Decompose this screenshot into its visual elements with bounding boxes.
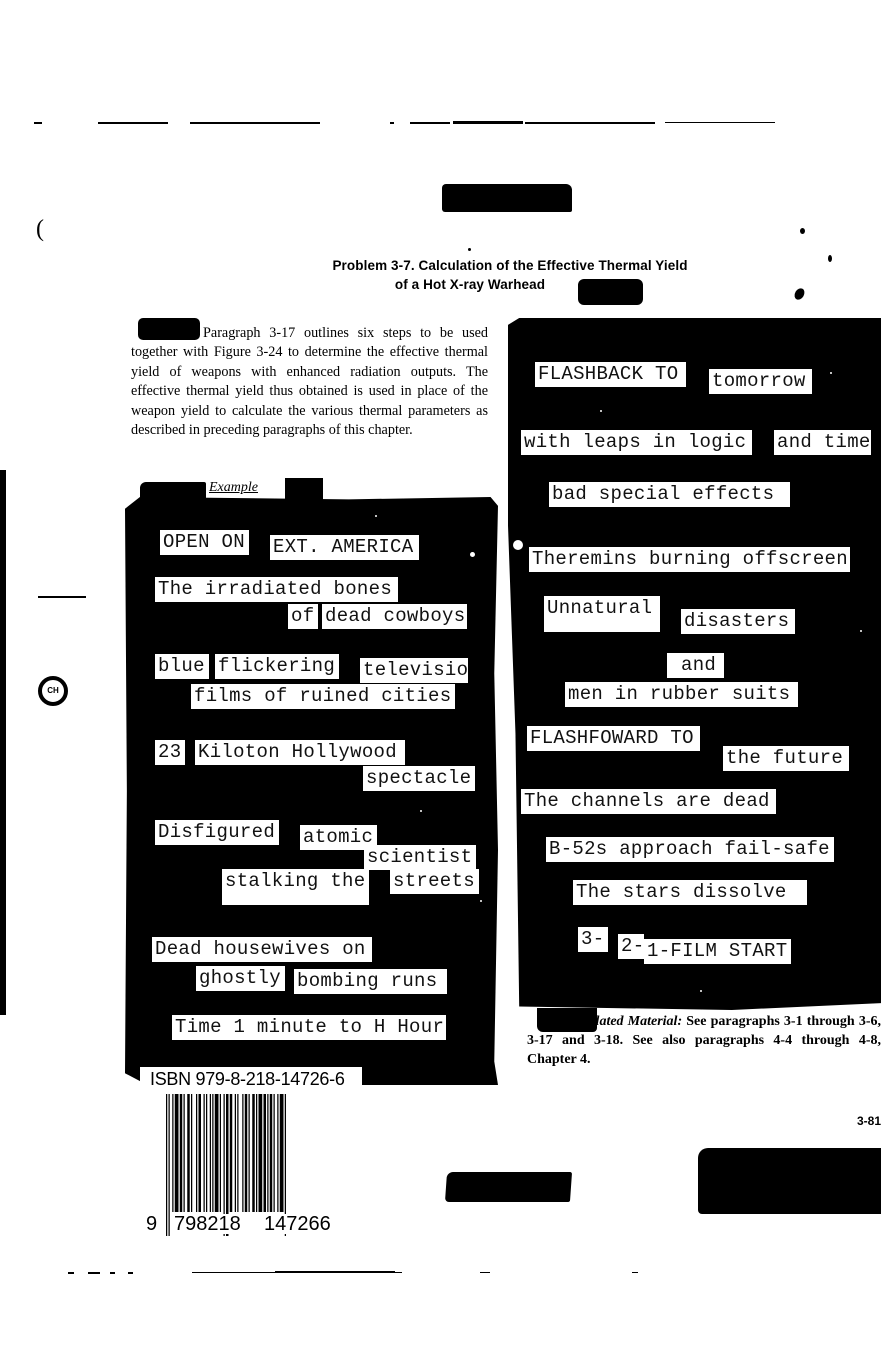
collage-strip: bad special effects	[549, 482, 790, 507]
barcode-digit-first: 9	[146, 1214, 157, 1234]
collage-strip: B-52s approach fail-safe	[546, 837, 834, 862]
collage-strip: bombing runs	[294, 969, 447, 994]
margin-dash	[38, 596, 86, 598]
barcode-digits-left: 798218	[173, 1214, 242, 1234]
collage-strip: EXT. AMERICA	[270, 535, 419, 560]
collage-strip: disasters	[681, 609, 795, 634]
collage-strip: 3-	[578, 927, 608, 952]
collage-strip: the future	[723, 746, 849, 771]
collage-strip: Disfigured	[155, 820, 279, 845]
speck	[830, 372, 832, 374]
example-label: Example	[209, 480, 258, 496]
speck	[470, 552, 475, 557]
collage-strip: 23	[155, 740, 185, 765]
redaction-example-right	[285, 478, 323, 502]
collage-strip: FLASHBACK TO	[535, 362, 686, 387]
redaction-top	[442, 184, 572, 212]
page-number: 3-81	[857, 1114, 881, 1128]
collage-strip: streets	[390, 869, 479, 894]
redaction-bottom-right	[698, 1148, 881, 1214]
collage-strip: scientist	[364, 845, 476, 870]
collage-strip: 2-	[618, 934, 644, 959]
binding-edge	[0, 470, 6, 1015]
collage-strip: ghostly	[196, 966, 285, 991]
speck	[860, 630, 862, 632]
margin-paren: (	[36, 216, 44, 243]
collage-strip: with leaps in logic	[521, 430, 752, 455]
collage-strip: 1-FILM START	[644, 939, 791, 964]
collage-strip: Dead housewives on	[152, 937, 372, 962]
collage-strip: televisio	[360, 658, 468, 683]
collage-strip: films of ruined cities	[191, 684, 455, 709]
speck	[375, 515, 377, 517]
speck	[600, 410, 602, 412]
collage-strip: Unnatural	[544, 596, 660, 632]
collage-strip: OPEN ON	[160, 530, 249, 555]
speck	[828, 255, 832, 262]
barcode-digits-right: 147266	[263, 1214, 332, 1234]
speck	[420, 810, 422, 812]
related-material: Related Material: See paragraphs 3-1 thr…	[527, 1012, 881, 1069]
collage-strip: Theremins burning offscreen	[529, 547, 850, 572]
collage-strip: and time	[774, 430, 871, 455]
problem-title-line1: Problem 3-7. Calculation of the Effectiv…	[270, 258, 750, 273]
speck	[468, 248, 471, 251]
collage-strip: blue	[155, 654, 209, 679]
isbn-label: ISBN 979-8-218-14726-6	[150, 1069, 345, 1090]
collage-strip: The channels are dead	[521, 789, 776, 814]
margin-stamp: CH	[38, 676, 68, 706]
collage-strip: The irradiated bones	[155, 577, 398, 602]
speck	[700, 990, 702, 992]
collage-strip: of	[288, 604, 318, 629]
speck	[793, 287, 807, 302]
collage-strip: stalking the	[222, 869, 369, 905]
collage-strip: dead cowboys	[322, 604, 467, 629]
redaction-bottom-center	[445, 1172, 572, 1202]
collage-strip: men in rubber suits	[565, 682, 798, 707]
collage-strip: and	[667, 653, 724, 678]
speck	[513, 540, 523, 550]
related-material-label: Related Material:	[580, 1014, 682, 1029]
collage-strip: Kiloton Hollywood	[195, 740, 405, 765]
redaction-title	[578, 279, 643, 305]
collage-strip: tomorrow	[709, 369, 812, 394]
collage-strip: Time 1 minute to H Hour	[172, 1015, 446, 1040]
collage-strip: FLASHFOWARD TO	[527, 726, 700, 751]
collage-strip: flickering	[215, 654, 339, 679]
collage-strip: spectacle	[363, 766, 475, 791]
speck	[800, 228, 805, 234]
speck	[480, 900, 482, 902]
collage-strip: The stars dissolve	[573, 880, 807, 905]
intro-paragraph: Paragraph 3-17 outlines six steps to be …	[131, 324, 488, 440]
